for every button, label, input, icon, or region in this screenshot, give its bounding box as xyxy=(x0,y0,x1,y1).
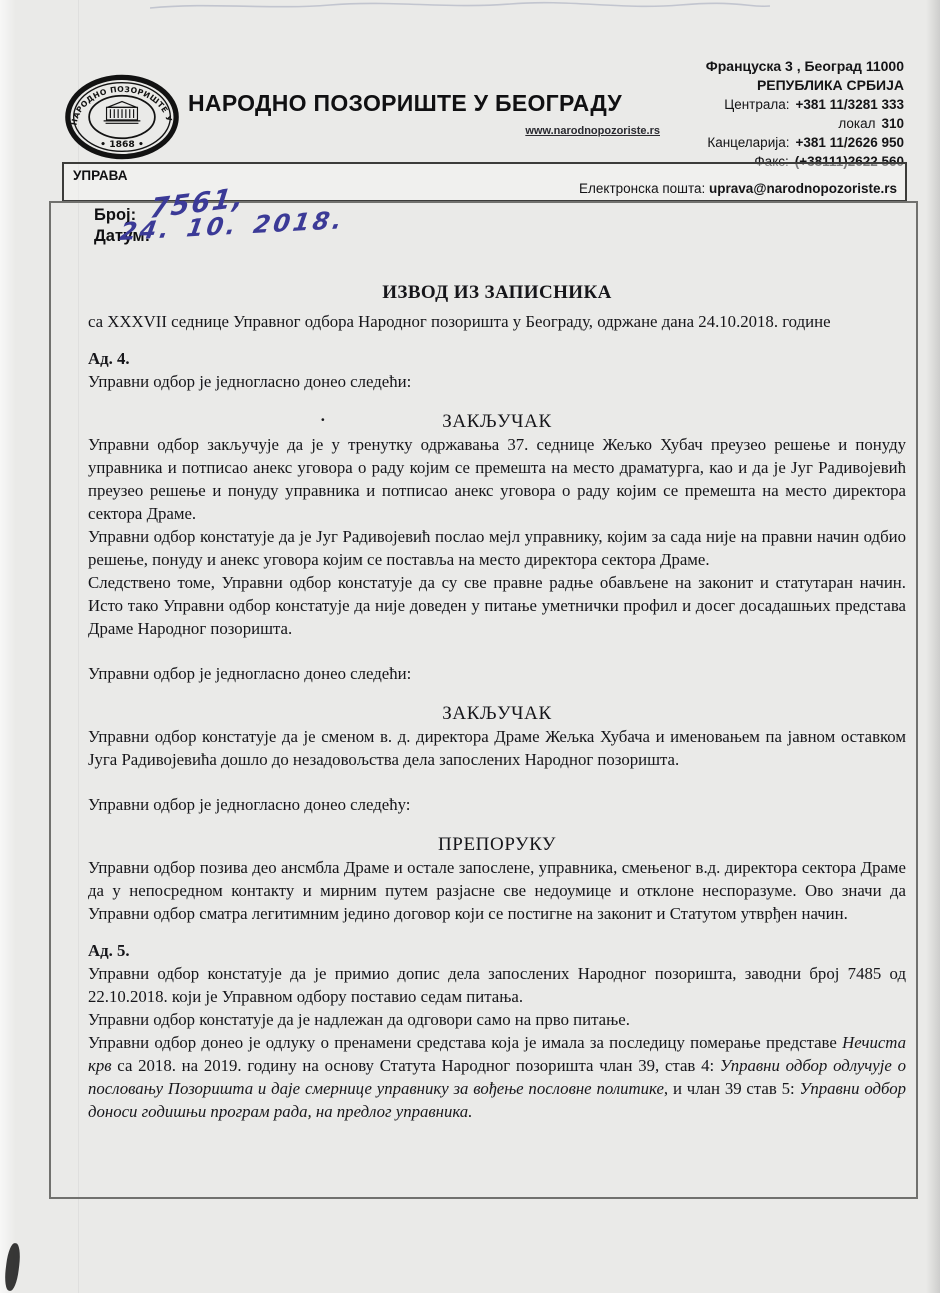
contact-label: Централа: xyxy=(724,97,789,112)
paragraph: Управни одбор је једногласно донео следе… xyxy=(88,793,906,816)
paragraph: Управни одбор донео је одлуку о пренамен… xyxy=(88,1031,906,1123)
contact-block: Француска 3 , Београд 11000 РЕПУБЛИКА СР… xyxy=(706,57,904,171)
paragraph: Управни одбор је једногласно донео следе… xyxy=(88,662,906,685)
document-title: ИЗВОД ИЗ ЗАПИСНИКА xyxy=(88,281,906,304)
contact-row: Канцеларија:+381 11/2626 950 xyxy=(706,133,904,152)
email-label: Електронска пошта: xyxy=(579,181,705,196)
contact-row: Централа:+381 11/3281 333 xyxy=(706,95,904,114)
item-heading: Ад. 5. xyxy=(88,939,906,962)
section-heading: ЗАКЉУЧАК xyxy=(88,702,906,725)
paragraph: Управни одбор позива део ансмбла Драме и… xyxy=(88,856,906,925)
address-line: РЕПУБЛИКА СРБИЈА xyxy=(706,76,904,95)
paragraph: Управни одбор констатује да је сменом в.… xyxy=(88,725,906,771)
section-heading: ·ЗАКЉУЧАК xyxy=(88,410,906,433)
document-blocks: са XXXVII седнице Управног одбора Народн… xyxy=(88,310,906,1123)
theatre-seal-logo: НАРОДНО ПОЗОРИШТЕ У БЕОГРАДУ • 1868 • xyxy=(64,74,180,165)
contact-row: локал310 xyxy=(706,114,904,133)
item-heading: Ад. 4. xyxy=(88,347,906,370)
email-value: uprava@narodnopozoriste.rs xyxy=(709,181,897,196)
paragraph: Управни одбор констатује да је примио до… xyxy=(88,962,906,1008)
org-title: НАРОДНО ПОЗОРИШТЕ У БЕОГРАДУ xyxy=(188,90,668,117)
stray-dot-mark: · xyxy=(320,408,326,431)
contact-value: +381 11/3281 333 xyxy=(796,97,905,112)
contact-value: +381 11/2626 950 xyxy=(796,135,905,150)
theatre-seal-icon: НАРОДНО ПОЗОРИШТЕ У БЕОГРАДУ • 1868 • xyxy=(64,74,180,160)
department-label: УПРАВА xyxy=(73,168,128,183)
contact-label: локал xyxy=(838,116,875,131)
paragraph: Следствено томе, Управни одбор констатуј… xyxy=(88,571,906,640)
theatre-building-glyph xyxy=(104,102,141,124)
seal-year-text: • 1868 • xyxy=(100,139,144,150)
section-heading: ПРЕПОРУКУ xyxy=(88,833,906,856)
paragraph: Управни одбор констатује да је надлежан … xyxy=(88,1008,906,1031)
website-link: www.narodnopozoriste.rs xyxy=(190,125,660,137)
document-body: ИЗВОД ИЗ ЗАПИСНИКА са XXXVII седнице Упр… xyxy=(88,281,906,1123)
email-line: Електронска пошта: uprava@narodnopozoris… xyxy=(579,181,897,196)
contact-value: 310 xyxy=(881,116,904,131)
paragraph: са XXXVII седнице Управног одбора Народн… xyxy=(88,310,906,333)
paragraph: Управни одбор закључује да је у тренутку… xyxy=(88,433,906,525)
scan-artifact-squiggle xyxy=(150,0,770,12)
paragraph: Управни одбор је једногласно донео следе… xyxy=(88,370,906,393)
scan-artifact-smudge xyxy=(3,1242,22,1291)
address-line: Француска 3 , Београд 11000 xyxy=(706,57,904,76)
contact-label: Канцеларија: xyxy=(707,135,789,150)
scanned-document-page: НАРОДНО ПОЗОРИШТЕ У БЕОГРАДУ • 1868 • НА… xyxy=(0,0,940,1293)
paragraph: Управни одбор констатује да је Југ Радив… xyxy=(88,525,906,571)
